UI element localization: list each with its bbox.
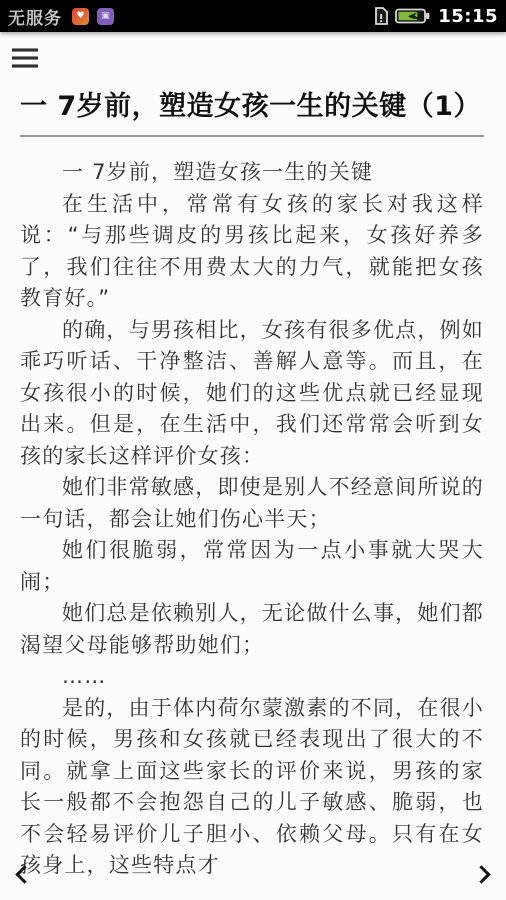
paragraph: 在生活中，常常有女孩的家长对我这样说：“与那些调皮的男孩比起来，女孩好养多了，我…	[20, 189, 484, 315]
ebook-reader-page: 无服务 ♥ ▣ 15:15 一 7岁前，塑造女孩一生的关键（1） 一 7岁前，塑…	[0, 0, 506, 900]
no-sim-icon	[373, 6, 389, 26]
prev-page-button[interactable]	[15, 865, 33, 883]
reader-content: 一 7岁前，塑造女孩一生的关键（1） 一 7岁前，塑造女孩一生的关键在生活中，常…	[0, 88, 506, 882]
paragraph: 是的，由于体内荷尔蒙激素的不同，在很小的时候，男孩和女孩就已经表现出了很大的不同…	[20, 693, 484, 882]
paragraph: 的确，与男孩相比，女孩有很多优点，例如乖巧听话、干净整洁、善解人意等。而且，在女…	[20, 315, 484, 473]
battery-charging-icon	[395, 7, 431, 25]
chapter-title: 一 7岁前，塑造女孩一生的关键（1）	[20, 88, 484, 137]
carrier-label: 无服务	[8, 4, 62, 29]
status-bar: 无服务 ♥ ▣ 15:15	[0, 0, 506, 32]
paragraph: 她们非常敏感，即使是别人不经意间所说的一句话，都会让她们伤心半天；	[20, 472, 484, 535]
page-navigation	[0, 856, 506, 892]
menu-button[interactable]	[12, 46, 38, 70]
chapter-body: 一 7岁前，塑造女孩一生的关键在生活中，常常有女孩的家长对我这样说：“与那些调皮…	[20, 157, 484, 882]
paragraph: 她们很脆弱，常常因为一点小事就大哭大闹；	[20, 535, 484, 598]
hamburger-icon	[12, 48, 38, 52]
next-page-button[interactable]	[472, 865, 490, 883]
orange-app-notification-icon: ♥	[72, 8, 89, 25]
hamburger-icon	[12, 56, 38, 60]
purple-app-notification-icon: ▣	[97, 8, 114, 25]
paragraph: 她们总是依赖别人，无论做什么事，她们都渴望父母能够帮助她们；	[20, 598, 484, 661]
hamburger-icon	[12, 64, 38, 68]
paragraph: 一 7岁前，塑造女孩一生的关键	[20, 157, 484, 189]
paragraph: ……	[20, 661, 484, 693]
status-bar-clock: 15:15	[438, 6, 498, 27]
